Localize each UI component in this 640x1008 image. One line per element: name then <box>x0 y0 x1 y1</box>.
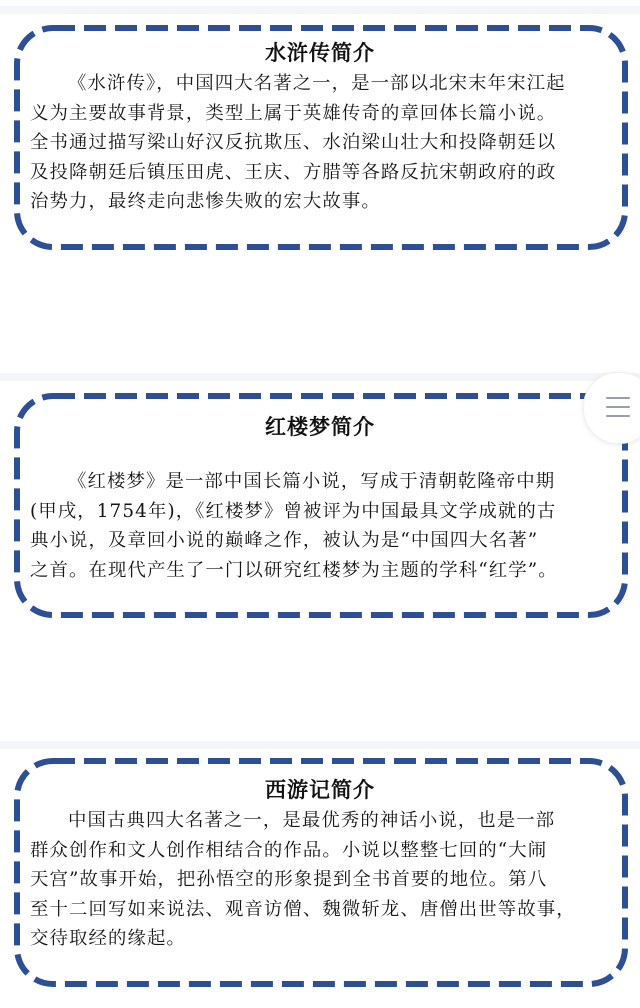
separator-band-2 <box>0 741 640 749</box>
section-body: 中国古典四大名著之一，是最优秀的神话小说，也是一部 群众创作和文人创作相结合的作… <box>30 806 608 954</box>
text-line: 群众创作和文人创作相结合的作品。小说以整整七回的“大闹 <box>30 836 608 866</box>
separator-band-top <box>0 6 640 14</box>
intro-card-shuihu: 水浒传简介 《水浒传》，中国四大名著之一，是一部以北宋末年宋江起 义为主要故事背… <box>0 25 640 250</box>
text-line: 全书通过描写梁山好汉反抗欺压、水泊梁山壮大和投降朝廷以 <box>30 128 608 158</box>
text-line: 义为主要故事背景，类型上属于英雄传奇的章回体长篇小说。 <box>30 99 608 129</box>
section-body: 《水浒传》，中国四大名著之一，是一部以北宋末年宋江起 义为主要故事背景，类型上属… <box>30 69 608 217</box>
intro-card-honglou: 红楼梦简介 《红楼梦》是一部中国长篇小说，写成于清朝乾隆帝中期 (甲戌，1754… <box>0 393 640 618</box>
section-title: 西游记简介 <box>0 774 640 804</box>
text-line: 之首。在现代产生了一门以研究红楼梦为主题的学科“红学”。 <box>30 556 608 586</box>
section-title: 红楼梦简介 <box>0 411 640 441</box>
text-line: 《水浒传》，中国四大名著之一，是一部以北宋末年宋江起 <box>30 69 608 99</box>
separator-band-1 <box>0 373 640 381</box>
text-line: 交待取经的缘起。 <box>30 924 608 954</box>
text-line: 及投降朝廷后镇压田虎、王庆、方腊等各路反抗宋朝政府的政 <box>30 158 608 188</box>
section-body: 《红楼梦》是一部中国长篇小说，写成于清朝乾隆帝中期 (甲戌，1754年)，《红楼… <box>30 467 608 585</box>
text-line: 典小说，及章回小说的巅峰之作，被认为是“中国四大名著” <box>30 526 608 556</box>
intro-card-xiyou: 西游记简介 中国古典四大名著之一，是最优秀的神话小说，也是一部 群众创作和文人创… <box>0 758 640 988</box>
text-line: 天宫”故事开始，把孙悟空的形象提到全书首要的地位。第八 <box>30 865 608 895</box>
text-line: 中国古典四大名著之一，是最优秀的神话小说，也是一部 <box>30 806 608 836</box>
section-title: 水浒传简介 <box>0 37 640 67</box>
text-line: (甲戌，1754年)，《红楼梦》曾被评为中国最具文学成就的古 <box>30 497 608 527</box>
text-line: 治势力，最终走向悲惨失败的宏大故事。 <box>30 187 608 217</box>
text-line: 《红楼梦》是一部中国长篇小说，写成于清朝乾隆帝中期 <box>30 467 608 497</box>
text-line: 至十二回写如来说法、观音访僧、魏微斩龙、唐僧出世等故事， <box>30 895 608 925</box>
